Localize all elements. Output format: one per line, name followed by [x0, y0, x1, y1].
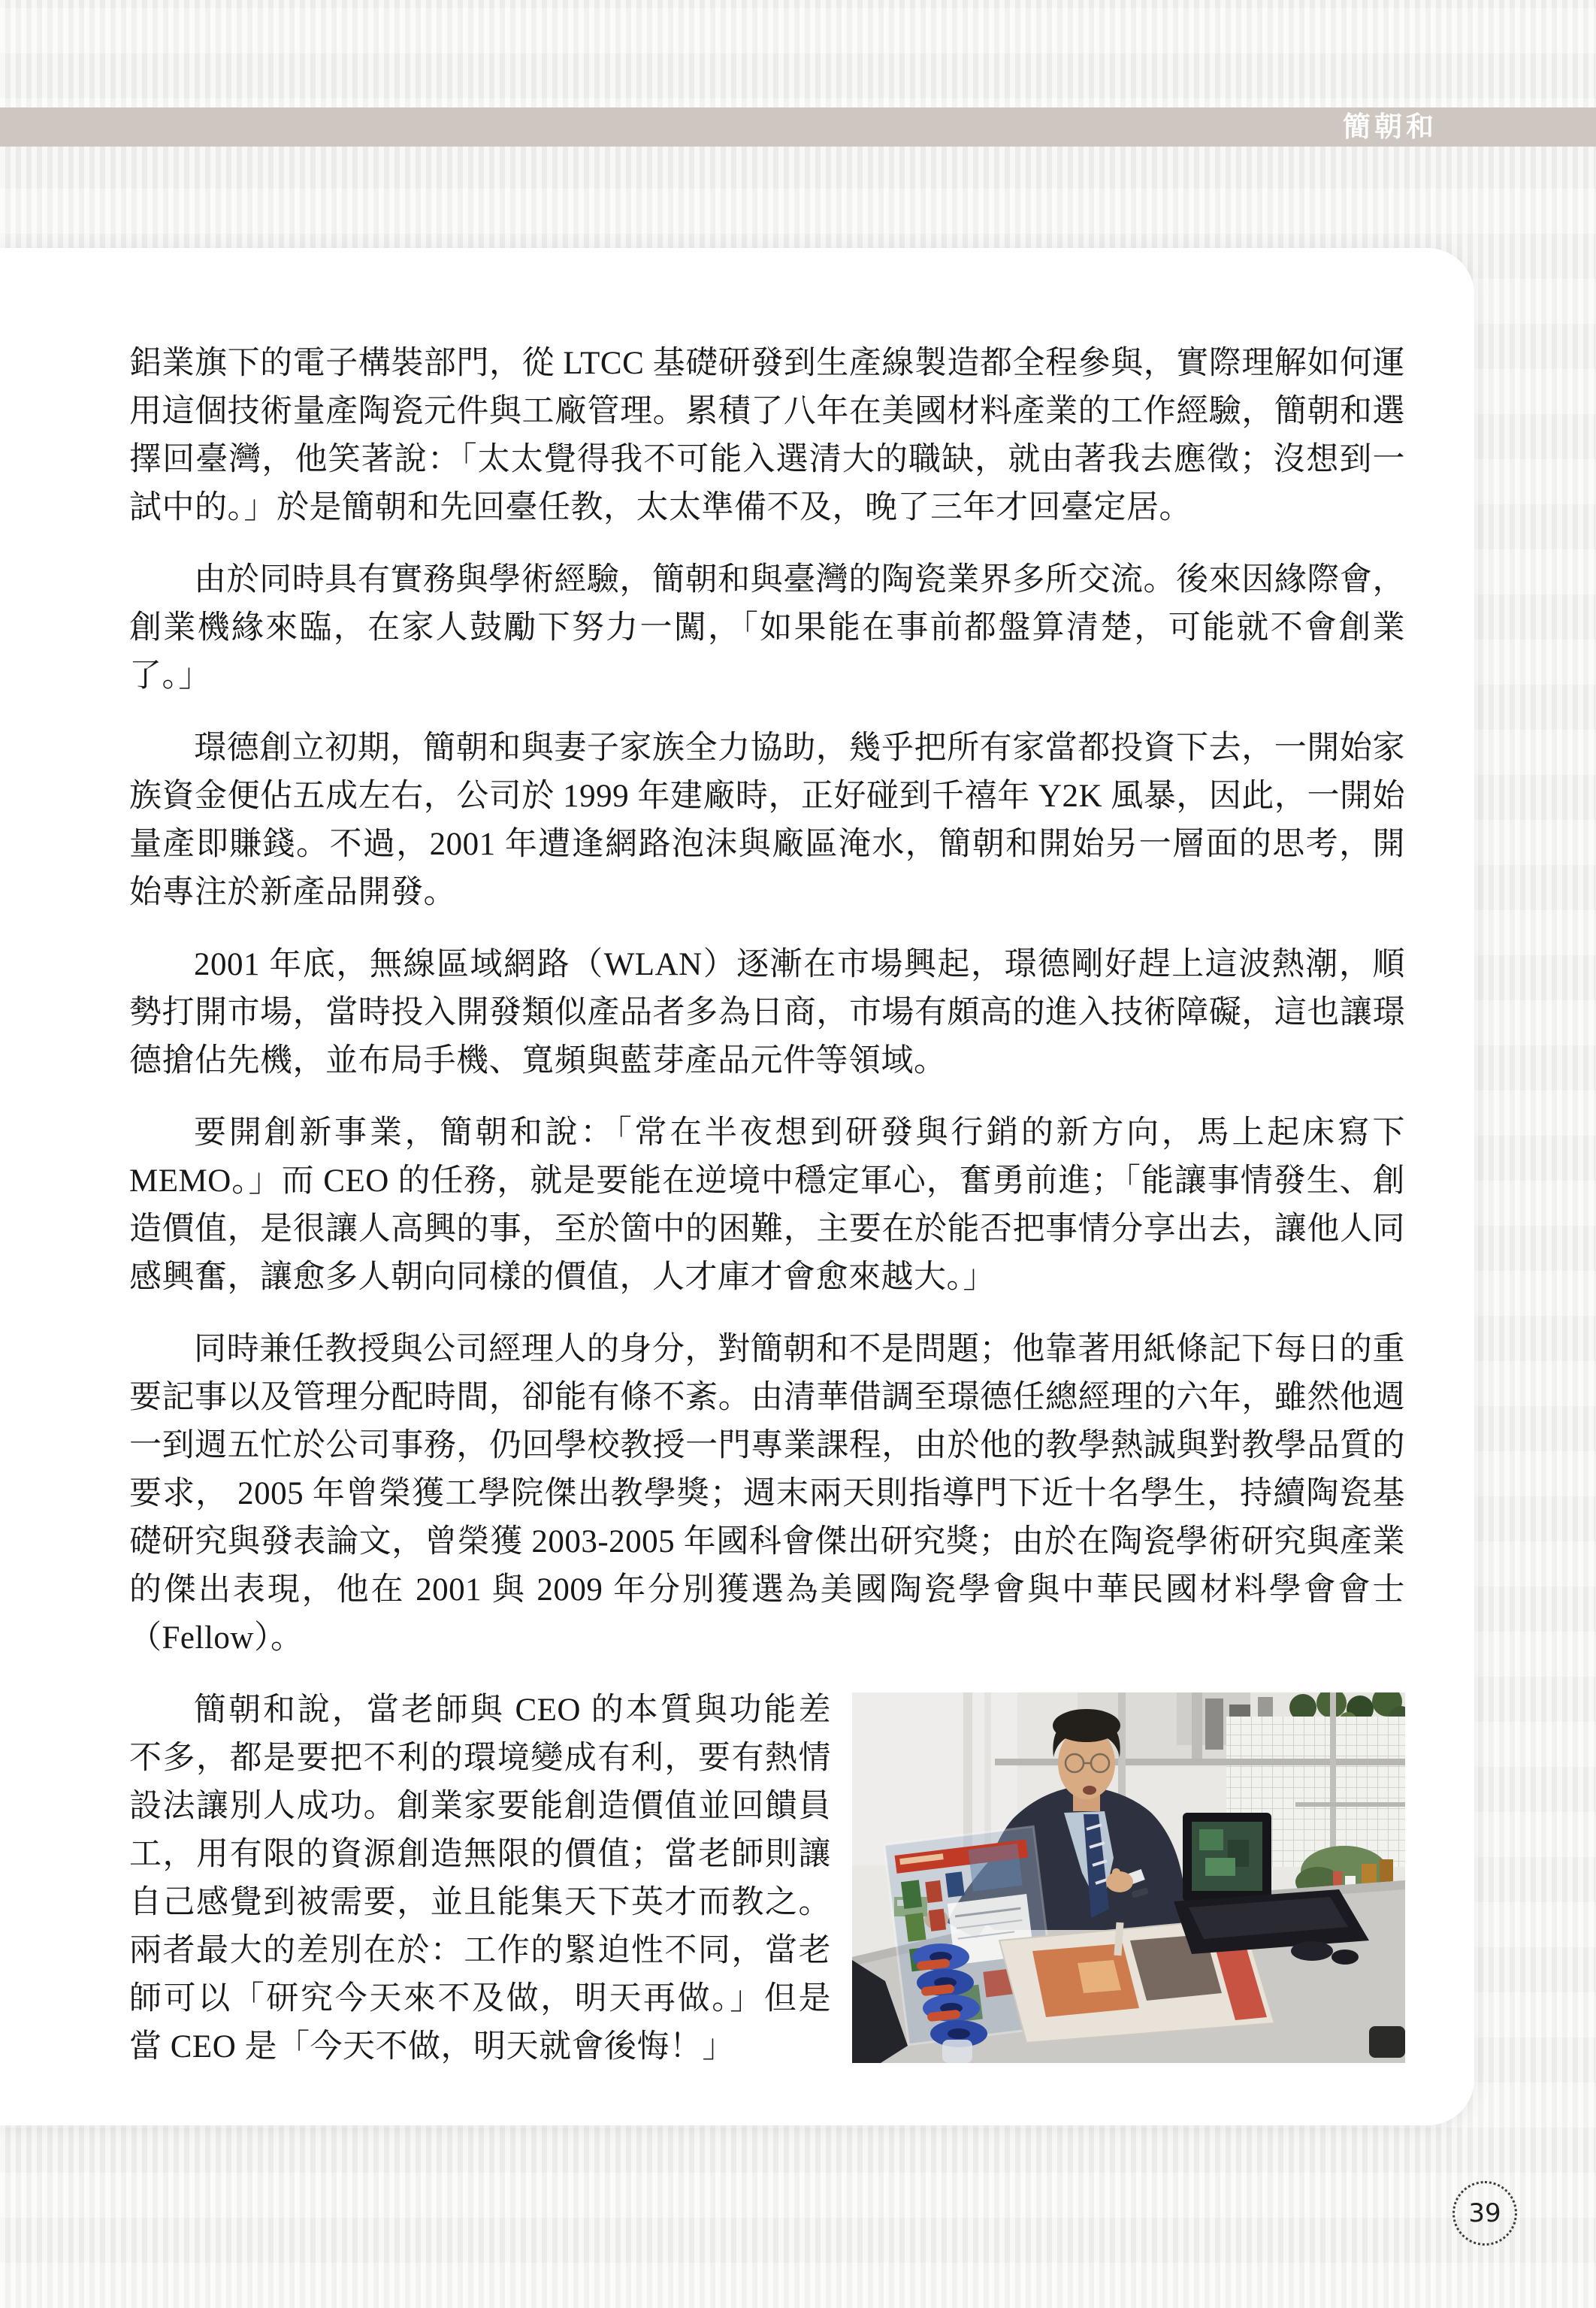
paragraph-6: 同時兼任教授與公司經理人的身分，對簡朝和不是問題；他靠著用紙條記下每日的重要記事… — [129, 1326, 1405, 1662]
paragraph-7-text: 簡朝和說，當老師與 CEO 的本質與功能差不多，都是要把不利的環境變成有利，要有… — [129, 1692, 831, 2064]
article-card: 鋁業旗下的電子構裝部門，從 LTCC 基礎研發到生產線製造都全程參與，實際理解如… — [0, 248, 1474, 2125]
article-body: 鋁業旗下的電子構裝部門，從 LTCC 基礎研發到生產線製造都全程參與，實際理解如… — [129, 340, 1405, 2071]
paragraph-2: 由於同時具有實務與學術經驗，簡朝和與臺灣的陶瓷業界多所交流。後來因緣際會，創業機… — [129, 556, 1405, 700]
paragraph-5: 要開創新事業，簡朝和說：「常在半夜想到研發與行銷的新方向，馬上起床寫下 MEMO… — [129, 1109, 1405, 1302]
page-number-badge: 39 — [1452, 2181, 1517, 2246]
portrait-photo — [852, 1692, 1405, 2063]
page-number: 39 — [1468, 2198, 1501, 2228]
page-title: 簡朝和 — [1343, 107, 1437, 147]
portrait-photo-illustration — [852, 1692, 1405, 2063]
header-band: 簡朝和 — [0, 107, 1596, 147]
paragraph-1: 鋁業旗下的電子構裝部門，從 LTCC 基礎研發到生產線製造都全程參與，實際理解如… — [129, 340, 1405, 532]
paragraph-7: 簡朝和說，當老師與 CEO 的本質與功能差不多，都是要把不利的環境變成有利，要有… — [129, 1686, 1405, 2071]
page-background: { "header": { "title": "簡朝和", "band_colo… — [0, 0, 1596, 2308]
paragraph-4: 2001 年底，無線區域網路（WLAN）逐漸在市場興起，璟德剛好趕上這波熱潮，順… — [129, 941, 1405, 1085]
paragraph-3: 璟德創立初期，簡朝和與妻子家族全力協助，幾乎把所有家當都投資下去，一開始家族資金… — [129, 724, 1405, 917]
